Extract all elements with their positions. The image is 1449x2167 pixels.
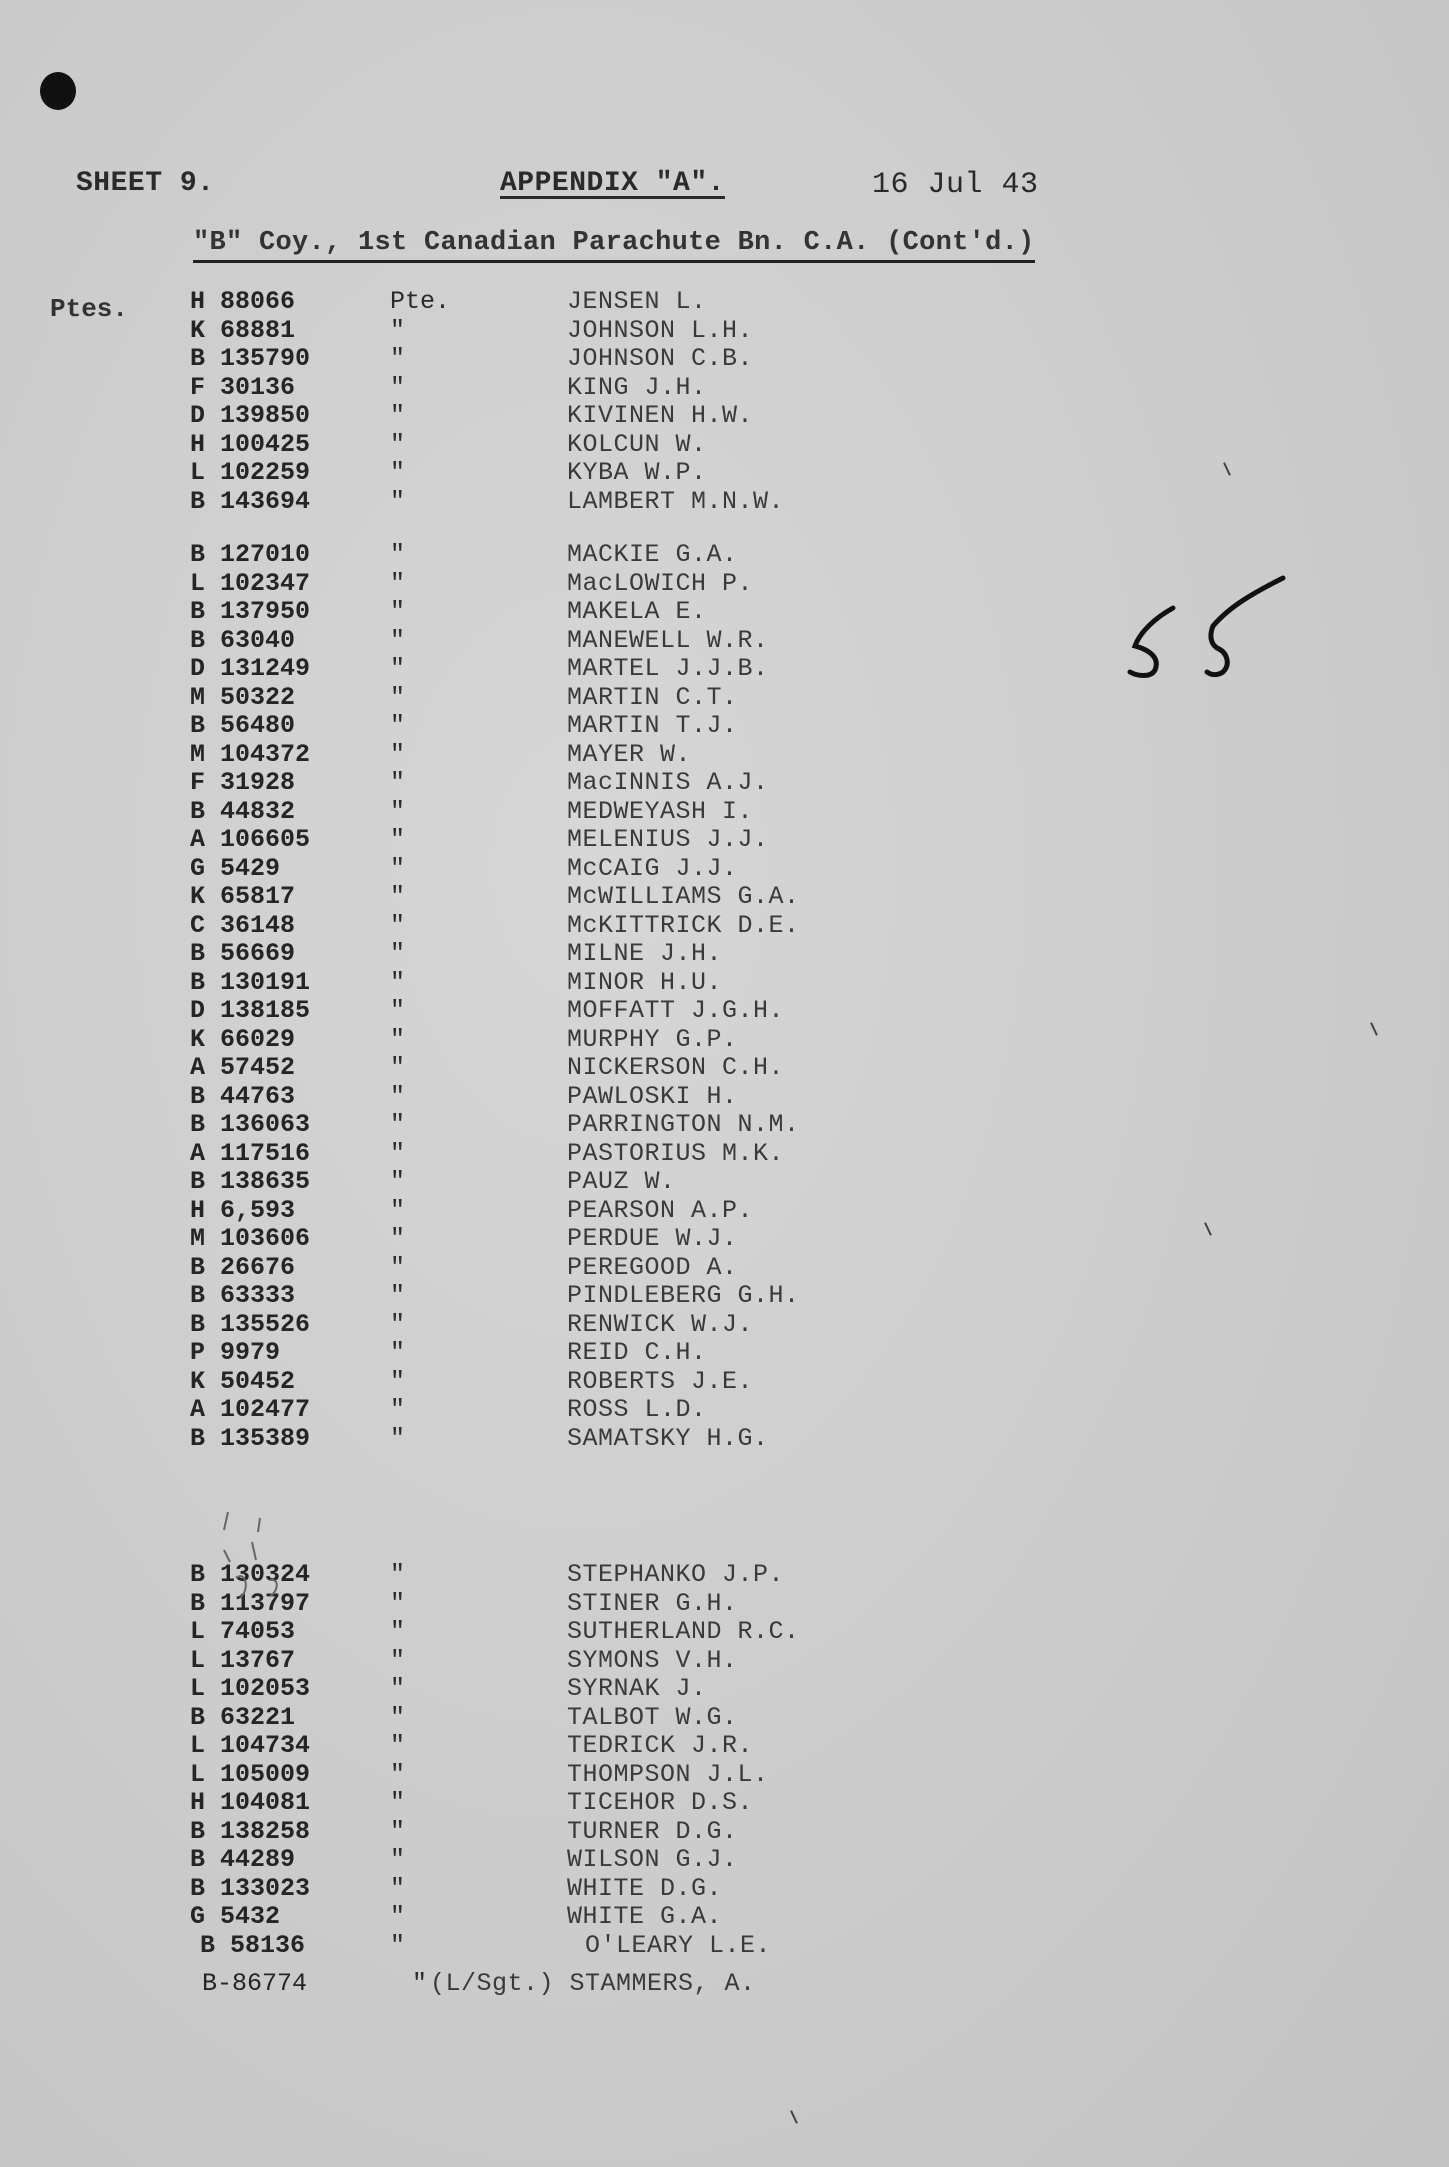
group-label: Ptes. [50, 294, 128, 324]
soldier-name: MACKIE G.A. [567, 541, 738, 570]
table-row: B 44832"MEDWEYASH I. [190, 798, 990, 827]
service-number: A 106605 [190, 826, 310, 855]
table-row: F 30136"KING J.H. [190, 374, 990, 403]
rank: " [390, 1083, 405, 1112]
mark [1223, 462, 1231, 476]
rank: " [390, 1368, 405, 1397]
table-row: H 88066Pte.JENSEN L. [190, 288, 990, 317]
soldier-name: TURNER D.G. [567, 1818, 738, 1847]
mark [790, 2110, 798, 2124]
service-number: B 127010 [190, 541, 310, 570]
table-row: A 102477"ROSS L.D. [190, 1396, 990, 1425]
roll-group-a: H 88066Pte.JENSEN L.K 68881"JOHNSON L.H.… [190, 288, 990, 516]
soldier-name: WILSON G.J. [567, 1846, 738, 1875]
table-row: B 63040"MANEWELL W.R. [190, 627, 990, 656]
table-row: L 104734"TEDRICK J.R. [190, 1732, 990, 1761]
rank: " [390, 317, 405, 346]
table-row: B 133023"WHITE D.G. [190, 1875, 990, 1904]
service-number: P 9979 [190, 1339, 280, 1368]
soldier-name: (L/Sgt.) STAMMERS, A. [430, 1970, 756, 1999]
rank: " [390, 1818, 405, 1847]
service-number: B 44763 [190, 1083, 295, 1112]
rank: " [390, 969, 405, 998]
service-number: D 138185 [190, 997, 310, 1026]
rank: " [390, 1675, 405, 1704]
table-row: L 74053"SUTHERLAND R.C. [190, 1618, 990, 1647]
service-number: B 133023 [190, 1875, 310, 1904]
table-row: B 127010"MACKIE G.A. [190, 541, 990, 570]
rank: " [390, 1026, 405, 1055]
service-number: B 130191 [190, 969, 310, 998]
table-row: A 117516"PASTORIUS M.K. [190, 1140, 990, 1169]
table-row: L 102259"KYBA W.P. [190, 459, 990, 488]
rank: " [390, 883, 405, 912]
table-row: B 56669"MILNE J.H. [190, 940, 990, 969]
rank: " [390, 1282, 405, 1311]
rank: " [390, 1168, 405, 1197]
service-number: K 50452 [190, 1368, 295, 1397]
rank: " [390, 431, 405, 460]
service-number: B 56480 [190, 712, 295, 741]
rank: " [390, 1561, 405, 1590]
rank: " [390, 1197, 405, 1226]
soldier-name: RENWICK W.J. [567, 1311, 753, 1340]
table-row: A 106605"MELENIUS J.J. [190, 826, 990, 855]
service-number: B 44289 [190, 1846, 295, 1875]
service-number: M 104372 [190, 741, 310, 770]
rank: " [390, 1140, 405, 1169]
rank: " [390, 1111, 405, 1140]
soldier-name: PEARSON A.P. [567, 1197, 753, 1226]
soldier-name: PEREGOOD A. [567, 1254, 738, 1283]
table-row: K 50452"ROBERTS J.E. [190, 1368, 990, 1397]
table-row: B 130191"MINOR H.U. [190, 969, 990, 998]
service-number: B 135526 [190, 1311, 310, 1340]
rank: " [390, 541, 405, 570]
rank: " [390, 627, 405, 656]
table-row: K 65817"McWILLIAMS G.A. [190, 883, 990, 912]
rank: " [390, 684, 405, 713]
punch-hole [40, 72, 76, 110]
service-number: B 63333 [190, 1282, 295, 1311]
table-row: B 137950"MAKELA E. [190, 598, 990, 627]
rank: " [390, 1704, 405, 1733]
table-row: P 9979"REID C.H. [190, 1339, 990, 1368]
table-row: H 100425"KOLCUN W. [190, 431, 990, 460]
soldier-name: WHITE D.G. [567, 1875, 722, 1904]
soldier-name: TALBOT W.G. [567, 1704, 738, 1733]
soldier-name: SYRNAK J. [567, 1675, 707, 1704]
service-number: K 66029 [190, 1026, 295, 1055]
service-number: B 135790 [190, 345, 310, 374]
rank: " [390, 1647, 405, 1676]
soldier-name: SYMONS V.H. [567, 1647, 738, 1676]
service-number: L 13767 [190, 1647, 295, 1676]
soldier-name: KIVINEN H.W. [567, 402, 753, 431]
soldier-name: REID C.H. [567, 1339, 707, 1368]
soldier-name: MacINNIS A.J. [567, 769, 769, 798]
rank: " [390, 1311, 405, 1340]
rank: " [390, 1903, 405, 1932]
soldier-name: McKITTRICK D.E. [567, 912, 800, 941]
soldier-name: PERDUE W.J. [567, 1225, 738, 1254]
table-row: G 5432"WHITE G.A. [190, 1903, 990, 1932]
soldier-name: TEDRICK J.R. [567, 1732, 753, 1761]
service-number: L 74053 [190, 1618, 295, 1647]
roll-group-b: B 127010"MACKIE G.A.L 102347"MacLOWICH P… [190, 541, 990, 1453]
soldier-name: JOHNSON C.B. [567, 345, 753, 374]
soldier-name: ROBERTS J.E. [567, 1368, 753, 1397]
soldier-name: STINER G.H. [567, 1590, 738, 1619]
service-number: B 44832 [190, 798, 295, 827]
mark [1204, 1222, 1212, 1236]
service-number: B 143694 [190, 488, 310, 517]
table-row: B 56480"MARTIN T.J. [190, 712, 990, 741]
table-row: B 135526"RENWICK W.J. [190, 1311, 990, 1340]
rank: " [390, 940, 405, 969]
soldier-name: WHITE G.A. [567, 1903, 722, 1932]
rank: " [390, 1761, 405, 1790]
table-row: B 58136 " O'LEARY L.E. [190, 1932, 990, 1961]
soldier-name: NICKERSON C.H. [567, 1054, 784, 1083]
service-number: L 104734 [190, 1732, 310, 1761]
table-row: C 36148"McKITTRICK D.E. [190, 912, 990, 941]
service-number: K 65817 [190, 883, 295, 912]
table-row: M 104372"MAYER W. [190, 741, 990, 770]
soldier-name: PAUZ W. [567, 1168, 676, 1197]
service-number: A 57452 [190, 1054, 295, 1083]
rank: " [390, 1789, 405, 1818]
service-number: L 105009 [190, 1761, 310, 1790]
rank: " [390, 1732, 405, 1761]
service-number: L 102259 [190, 459, 310, 488]
soldier-name: JOHNSON L.H. [567, 317, 753, 346]
rank: " [390, 741, 405, 770]
mark [1370, 1022, 1378, 1036]
service-number: L 102053 [190, 1675, 310, 1704]
unit-subtitle: "B" Coy., 1st Canadian Parachute Bn. C.A… [193, 228, 1035, 263]
service-number: B 58136 [200, 1932, 305, 1961]
rank: " [390, 402, 405, 431]
rank: " [390, 598, 405, 627]
table-row: B 63221"TALBOT W.G. [190, 1704, 990, 1733]
service-number: B 138258 [190, 1818, 310, 1847]
rank: " [390, 345, 405, 374]
soldier-name: MOFFATT J.G.H. [567, 997, 784, 1026]
table-row: H 104081"TICEHOR D.S. [190, 1789, 990, 1818]
rank: " [390, 1932, 405, 1961]
rank: " [390, 1054, 405, 1083]
rank: " [412, 1970, 427, 1999]
service-number: H 104081 [190, 1789, 310, 1818]
service-number: L 102347 [190, 570, 310, 599]
service-number: F 31928 [190, 769, 295, 798]
soldier-name: McWILLIAMS G.A. [567, 883, 800, 912]
table-row: L 105009"THOMPSON J.L. [190, 1761, 990, 1790]
document-page: SHEET 9. APPENDIX "A". 16 Jul 43 "B" Coy… [0, 0, 1449, 2167]
soldier-name: MANEWELL W.R. [567, 627, 769, 656]
service-number: H 100425 [190, 431, 310, 460]
table-row: K 68881"JOHNSON L.H. [190, 317, 990, 346]
roll-group-c: B 130324"STEPHANKO J.P.B 113797"STINER G… [190, 1561, 990, 1932]
rank: " [390, 1875, 405, 1904]
table-row: B 143694"LAMBERT M.N.W. [190, 488, 990, 517]
soldier-name: MILNE J.H. [567, 940, 722, 969]
rank: " [390, 712, 405, 741]
service-number: B-86774 [202, 1970, 307, 1999]
table-row: L 102347"MacLOWICH P. [190, 570, 990, 599]
sheet-number: SHEET 9. [76, 168, 214, 199]
rank: " [390, 1618, 405, 1647]
soldier-name: McCAIG J.J. [567, 855, 738, 884]
rank: " [390, 374, 405, 403]
rank: " [390, 570, 405, 599]
table-row: F 31928"MacINNIS A.J. [190, 769, 990, 798]
soldier-name: KOLCUN W. [567, 431, 707, 460]
service-number: A 102477 [190, 1396, 310, 1425]
table-row: B 138635"PAUZ W. [190, 1168, 990, 1197]
soldier-name: SAMATSKY H.G. [567, 1425, 769, 1454]
soldier-name: JENSEN L. [567, 288, 707, 317]
appendix-title: APPENDIX "A". [500, 168, 725, 199]
table-row: H 6,593"PEARSON A.P. [190, 1197, 990, 1226]
service-number: B 138635 [190, 1168, 310, 1197]
soldier-name: LAMBERT M.N.W. [567, 488, 784, 517]
soldier-name: KYBA W.P. [567, 459, 707, 488]
soldier-name: ROSS L.D. [567, 1396, 707, 1425]
soldier-name: MURPHY G.P. [567, 1026, 738, 1055]
table-row: A 57452"NICKERSON C.H. [190, 1054, 990, 1083]
document-date: 16 Jul 43 [872, 168, 1039, 202]
soldier-name: PINDLEBERG G.H. [567, 1282, 800, 1311]
table-row: B 138258"TURNER D.G. [190, 1818, 990, 1847]
soldier-name: PASTORIUS M.K. [567, 1140, 784, 1169]
rank: " [390, 459, 405, 488]
nominal-roll: H 88066Pte.JENSEN L.K 68881"JOHNSON L.H.… [190, 288, 990, 1999]
rank: " [390, 1425, 405, 1454]
table-row: G 5429"McCAIG J.J. [190, 855, 990, 884]
table-row: K 66029"MURPHY G.P. [190, 1026, 990, 1055]
table-row: D 138185"MOFFATT J.G.H. [190, 997, 990, 1026]
table-row: D 131249"MARTEL J.J.B. [190, 655, 990, 684]
table-row: D 139850"KIVINEN H.W. [190, 402, 990, 431]
soldier-name: TICEHOR D.S. [567, 1789, 753, 1818]
soldier-name: MARTIN C.T. [567, 684, 738, 713]
soldier-name: KING J.H. [567, 374, 707, 403]
rank: " [390, 997, 405, 1026]
soldier-name: MAKELA E. [567, 598, 707, 627]
rank: " [390, 826, 405, 855]
service-number: H 6,593 [190, 1197, 295, 1226]
rank: " [390, 1225, 405, 1254]
pencil-marks [200, 1500, 350, 1610]
service-number: M 103606 [190, 1225, 310, 1254]
soldier-name: MacLOWICH P. [567, 570, 753, 599]
service-number: B 135389 [190, 1425, 310, 1454]
table-row: L 13767"SYMONS V.H. [190, 1647, 990, 1676]
soldier-name: MARTEL J.J.B. [567, 655, 769, 684]
table-row: M 103606"PERDUE W.J. [190, 1225, 990, 1254]
service-number: M 50322 [190, 684, 295, 713]
service-number: B 63221 [190, 1704, 295, 1733]
soldier-name: STEPHANKO J.P. [567, 1561, 784, 1590]
service-number: K 68881 [190, 317, 295, 346]
rank: " [390, 1339, 405, 1368]
service-number: G 5429 [190, 855, 280, 884]
soldier-name: MARTIN T.J. [567, 712, 738, 741]
rank: " [390, 912, 405, 941]
service-number: B 26676 [190, 1254, 295, 1283]
rank: " [390, 488, 405, 517]
service-number: B 56669 [190, 940, 295, 969]
table-row: L 102053"SYRNAK J. [190, 1675, 990, 1704]
service-number: H 88066 [190, 288, 295, 317]
service-number: F 30136 [190, 374, 295, 403]
table-row: B 63333"PINDLEBERG G.H. [190, 1282, 990, 1311]
handwritten-annotation: 55 [1105, 540, 1305, 690]
service-number: G 5432 [190, 1903, 280, 1932]
table-row: B 26676"PEREGOOD A. [190, 1254, 990, 1283]
table-row: B 135790"JOHNSON C.B. [190, 345, 990, 374]
soldier-name: SUTHERLAND R.C. [567, 1618, 800, 1647]
table-row: M 50322"MARTIN C.T. [190, 684, 990, 713]
soldier-name: MELENIUS J.J. [567, 826, 769, 855]
rank: " [390, 769, 405, 798]
rank: " [390, 1254, 405, 1283]
soldier-name: MEDWEYASH I. [567, 798, 753, 827]
rank: " [390, 798, 405, 827]
rank: " [390, 1590, 405, 1619]
service-number: B 63040 [190, 627, 295, 656]
rank: Pte. [390, 288, 450, 317]
service-number: B 137950 [190, 598, 310, 627]
table-row: B 44289"WILSON G.J. [190, 1846, 990, 1875]
service-number: C 36148 [190, 912, 295, 941]
rank: " [390, 1846, 405, 1875]
service-number: D 131249 [190, 655, 310, 684]
rank: " [390, 655, 405, 684]
table-row: B 44763"PAWLOSKI H. [190, 1083, 990, 1112]
table-row: B 135389"SAMATSKY H.G. [190, 1425, 990, 1454]
service-number: A 117516 [190, 1140, 310, 1169]
service-number: B 136063 [190, 1111, 310, 1140]
soldier-name: THOMPSON J.L. [567, 1761, 769, 1790]
rank: " [390, 1396, 405, 1425]
table-row: B-86774 " (L/Sgt.) STAMMERS, A. [190, 1970, 990, 1999]
soldier-name: O'LEARY L.E. [585, 1932, 771, 1961]
table-row: B 136063"PARRINGTON N.M. [190, 1111, 990, 1140]
soldier-name: MAYER W. [567, 741, 691, 770]
rank: " [390, 855, 405, 884]
soldier-name: PARRINGTON N.M. [567, 1111, 800, 1140]
soldier-name: MINOR H.U. [567, 969, 722, 998]
service-number: D 139850 [190, 402, 310, 431]
soldier-name: PAWLOSKI H. [567, 1083, 738, 1112]
